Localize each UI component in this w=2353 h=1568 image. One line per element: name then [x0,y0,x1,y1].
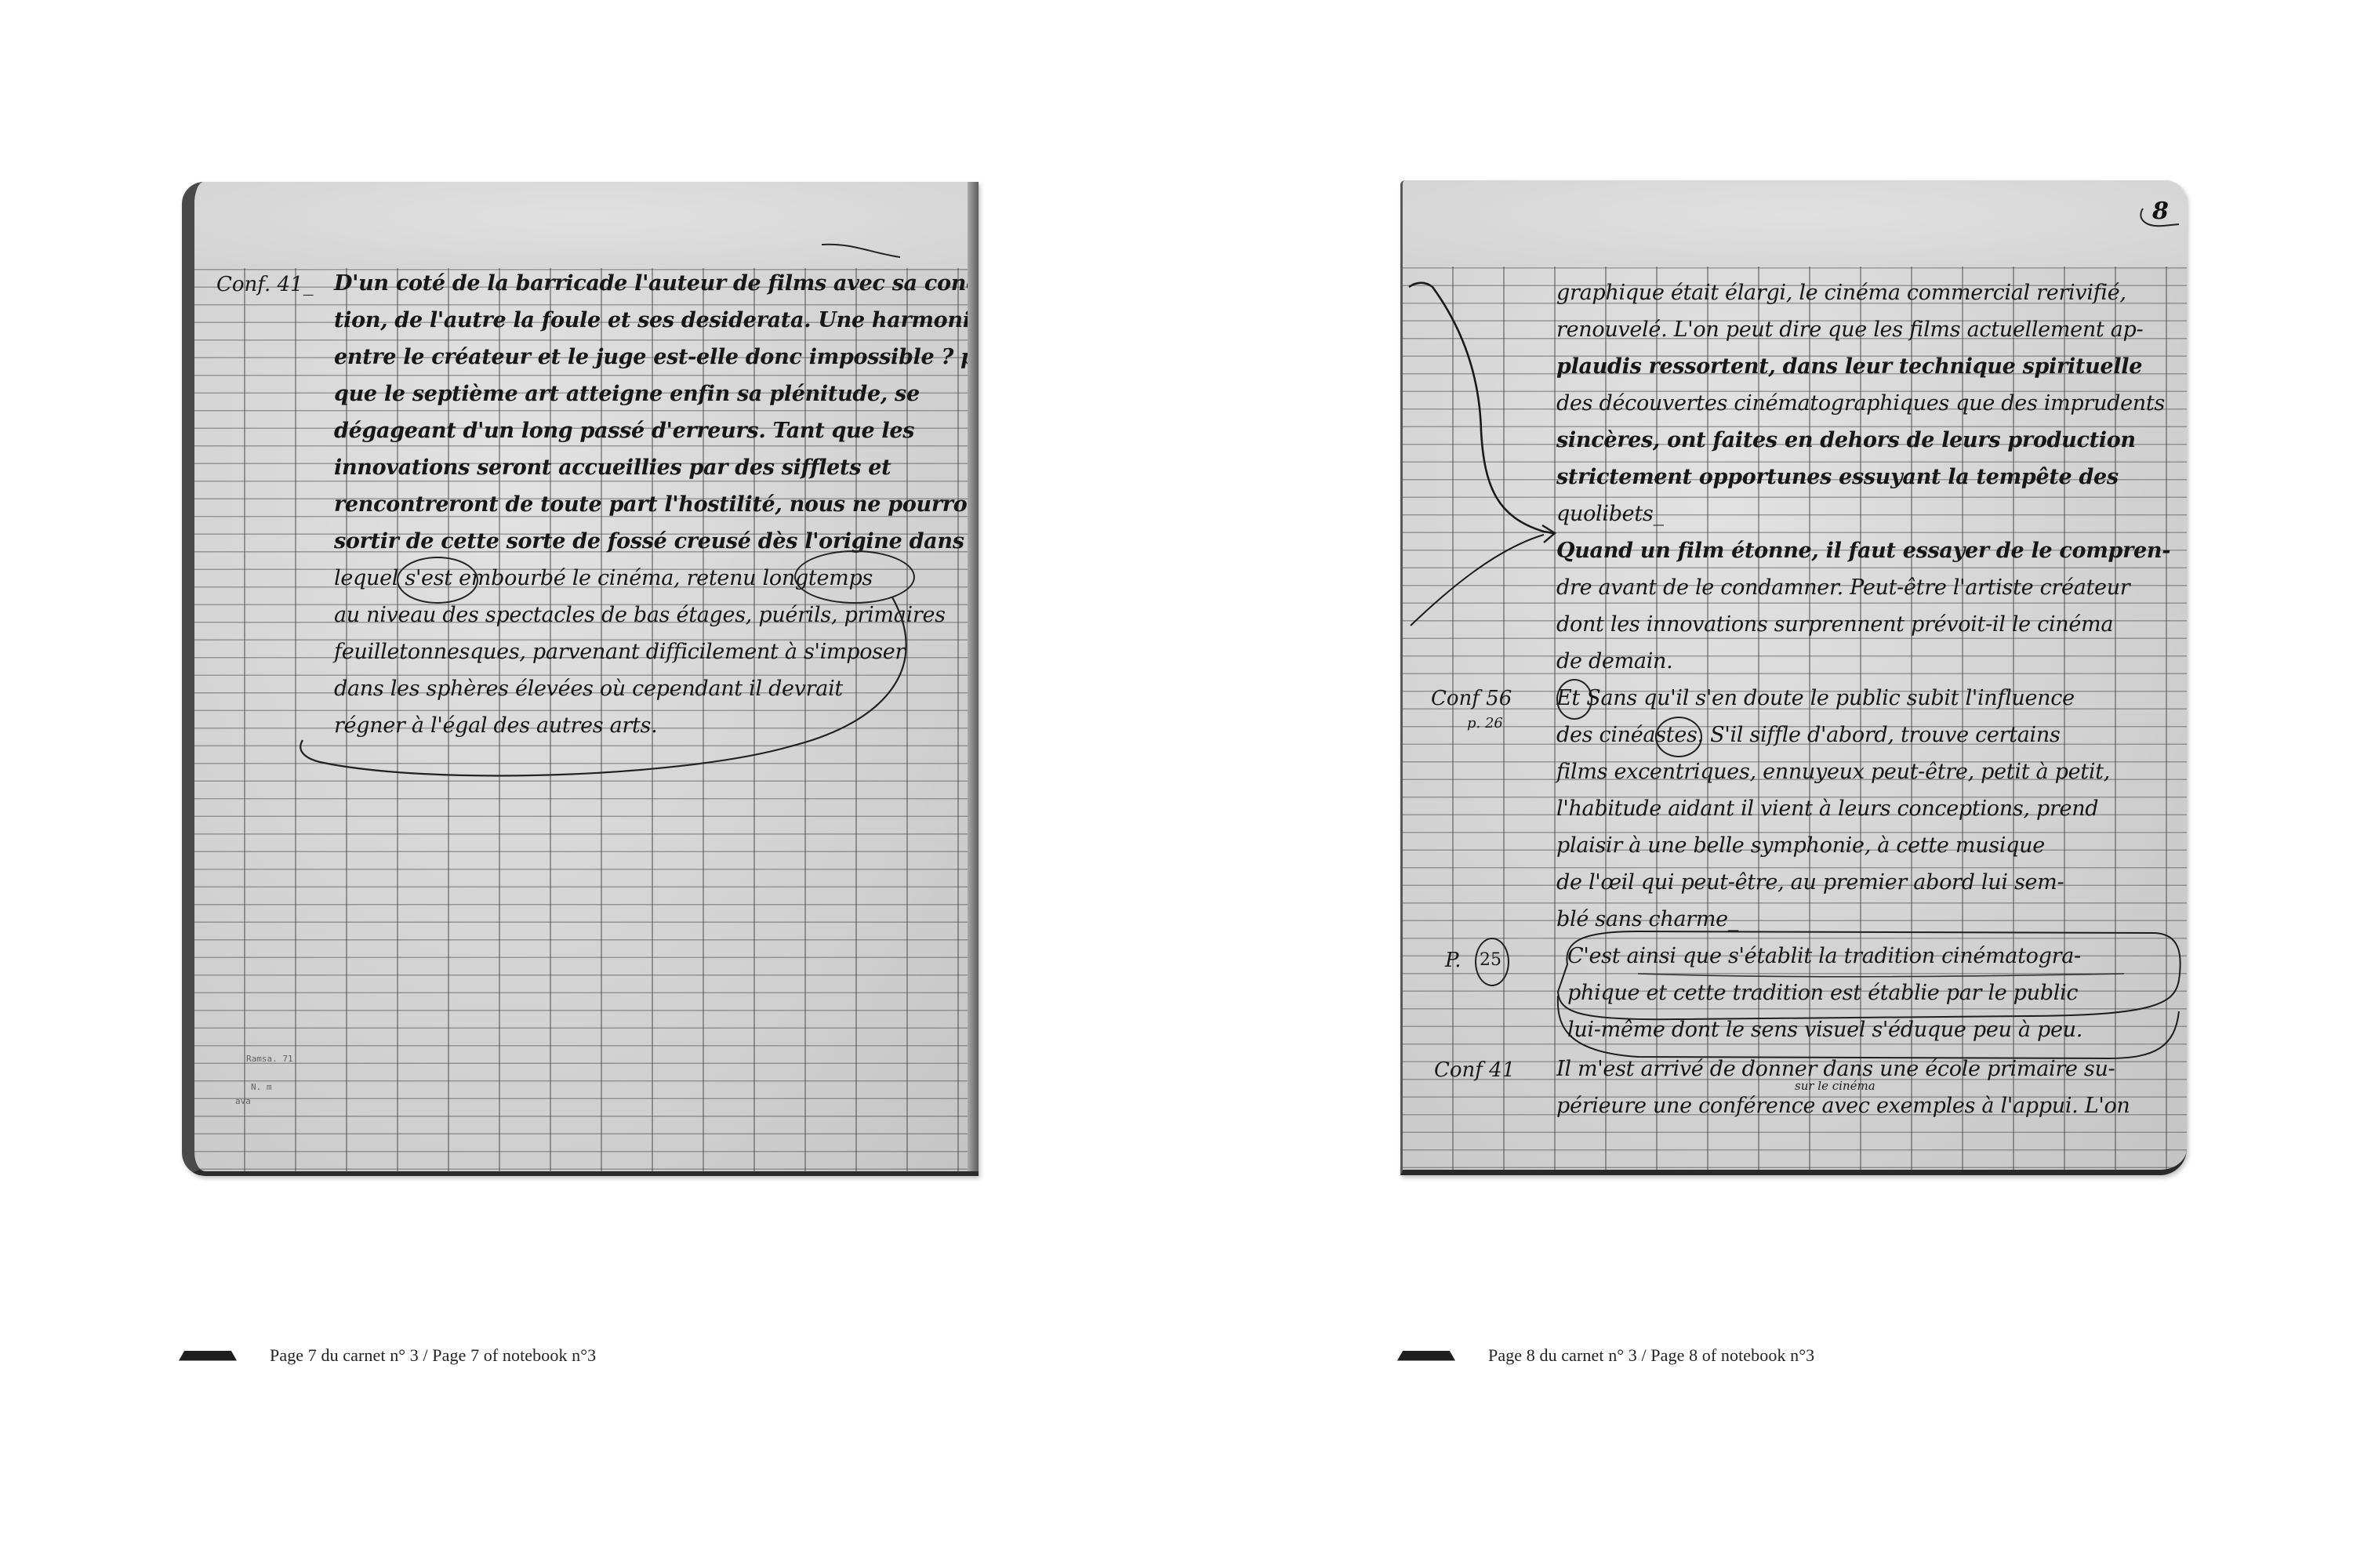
circled-word-mark [397,557,478,604]
handwritten-line: au niveau des spectacles de bas étages, … [334,604,946,626]
handwritten-line: films excentriques, ennuyeux peut-être, … [1556,761,2110,782]
handwritten-line: blé sans charme_ [1556,909,1738,930]
handwritten-line: plaudis ressortent, dans leur technique … [1556,356,2142,377]
pencil-note: N. m [251,1082,272,1092]
interlinear-insertion: sur le cinéma [1795,1079,1876,1093]
handwritten-line: dre avant de le condamner. Peut-être l'a… [1556,577,2130,598]
page-header-blank [194,182,979,268]
margin-note-page-ref: P. [1445,949,1462,972]
handwritten-line: plaisir à une belle symphonie, à cette m… [1556,835,2045,856]
page-header-blank [1403,180,2187,267]
handwritten-line: phique et cette tradition est établie pa… [1567,982,2078,1004]
margin-note-page-ref: p. 26 [1467,715,1503,731]
pencil-note: ava [235,1096,251,1106]
handwritten-line: entre le créateur et le juge est-elle do… [334,347,979,368]
caption-text: Page 8 du carnet n° 3 / Page 8 of notebo… [1488,1345,1814,1366]
handwritten-line: sincères, ont faites en dehors de leurs … [1556,430,2136,451]
handwritten-line: innovations seront accueillies par des s… [334,457,891,478]
handwritten-line: régner à l'égal des autres arts. [334,715,657,736]
margin-note-conf-41: Conf. 41_ [216,273,314,296]
handwritten-line: tion, de l'autre la foule et ses desider… [334,310,979,331]
handwritten-line: strictement opportunes essuyant la tempê… [1556,466,2119,488]
handwritten-line: C'est ainsi que s'établit la tradition c… [1567,946,2081,967]
margin-note-conf-56: Conf 56 [1431,687,1512,710]
notebook-page-8: 8 graphique était élargi, le cinéma comm… [1400,180,2187,1175]
handwritten-line: dans les sphères élevées où cependant il… [334,678,843,699]
caption-text: Page 7 du carnet n° 3 / Page 7 of notebo… [270,1345,596,1366]
caption-marker-icon [179,1351,237,1361]
caption-marker-icon [1397,1351,1455,1361]
handwritten-line: des cinéastes. S'il siffle d'abord, trou… [1556,724,2061,746]
caption-page-7: Page 7 du carnet n° 3 / Page 7 of notebo… [179,1345,596,1366]
handwritten-line: Et Sans qu'il s'en doute le public subit… [1556,688,2075,709]
handwritten-line: graphique était élargi, le cinéma commer… [1556,282,2126,303]
handwritten-line: de demain. [1556,651,1672,672]
handwritten-line: des découvertes cinématographiques que d… [1556,393,2165,414]
notebook-page-7: Conf. 41_ D'un coté de la barricade l'au… [182,182,979,1176]
handwritten-line: sortir de cette sorte de fossé creusé dè… [334,531,964,552]
handwritten-line: quolibets_ [1556,503,1664,524]
handwritten-line: de l'œil qui peut-être, au premier abord… [1556,872,2064,893]
handwritten-line: que le septième art atteigne enfin sa pl… [334,383,920,405]
page-number: 8 [2152,198,2169,225]
handwritten-line: dégageant d'un long passé d'erreurs. Tan… [334,420,914,441]
handwritten-line: D'un coté de la barricade l'auteur de fi… [334,273,979,294]
handwritten-line: lui-même dont le sens visuel s'éduque pe… [1567,1019,2082,1040]
handwritten-line: rencontreront de toute part l'hostilité,… [334,494,979,515]
handwritten-line: périeure une conférence avec exemples à … [1556,1095,2130,1116]
margin-note-circled-number: 25 [1480,950,1501,970]
handwritten-line: l'habitude aidant il vient à leurs conce… [1556,798,2098,819]
handwritten-line: Quand un film étonne, il faut essayer de… [1556,540,2170,561]
handwritten-line: dont les innovations surprennent prévoit… [1556,614,2113,635]
handwritten-line: renouvelé. L'on peut dire que les films … [1556,319,2143,340]
margin-note-conf-41: Conf 41 [1434,1058,1515,1082]
caption-page-8: Page 8 du carnet n° 3 / Page 8 of notebo… [1397,1345,1814,1366]
handwritten-line: Il m'est arrivé de donner dans une école… [1556,1058,2115,1080]
pencil-note: Ramsa. 71 [246,1054,293,1064]
handwritten-line: feuilletonnesques, parvenant difficileme… [334,641,905,662]
circled-word-mark [794,550,915,604]
